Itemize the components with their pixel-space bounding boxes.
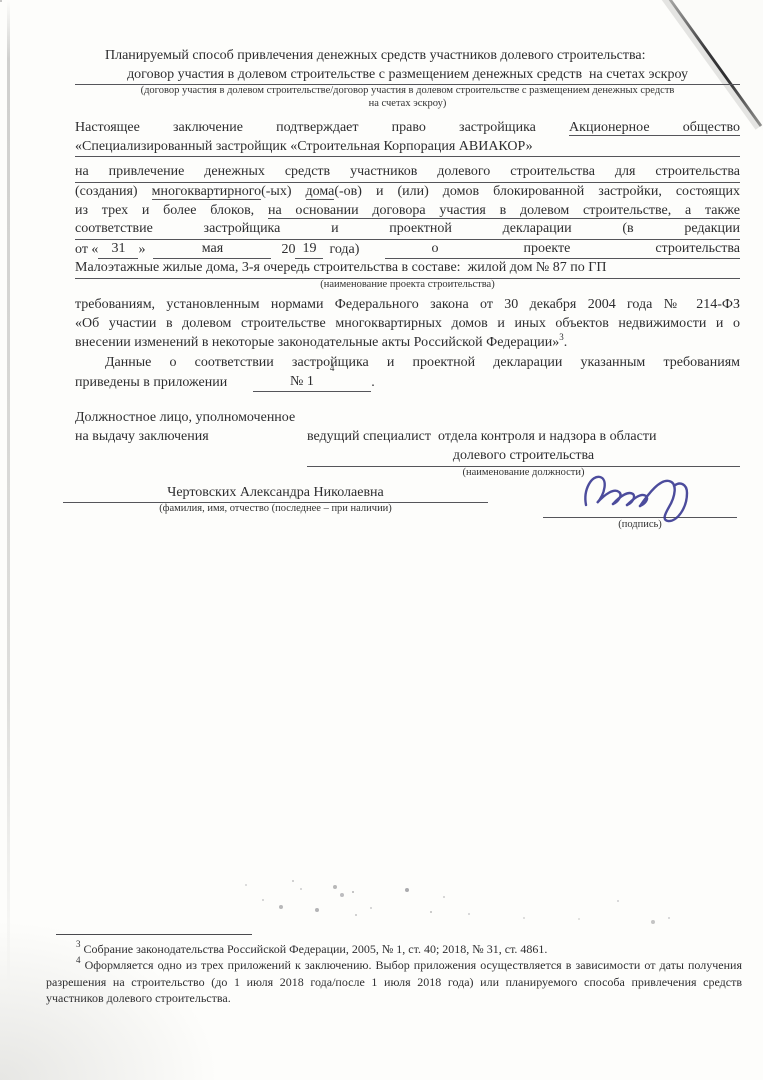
footnotes-block: 3 Собрание законодательства Российской Ф… xyxy=(46,934,742,1007)
footnote-3: 3 Собрание законодательства Российской Ф… xyxy=(46,941,742,957)
conclusion-line1: на привлечение денежных средств участник… xyxy=(75,163,740,183)
footnote-ref-4: 4 xyxy=(330,368,335,387)
scan-smudge-speckles xyxy=(0,0,2,2)
project-name: Малоэтажные жилые дома, 3-я очередь стро… xyxy=(75,259,740,279)
signature-zone: (подпись) xyxy=(543,494,737,534)
line3-pre: из трех и более блоков, xyxy=(75,203,254,218)
method-value: договор участия в долевом строительстве … xyxy=(75,66,740,86)
annex-number-field: № 14 xyxy=(253,373,371,393)
line2-tail: (-ов) и (или) домов блокированной застро… xyxy=(334,184,740,199)
developer-name-part1: Акционерное общество xyxy=(569,120,740,136)
date-month-field: мая xyxy=(153,240,271,260)
annex-line2-text: приведены в приложении xyxy=(75,374,227,393)
date-day-field: 31 xyxy=(98,240,138,260)
name-and-signature-zone: Чертовских Александра Николаевна (фамили… xyxy=(75,484,740,530)
footnote-4-text: Оформляется одно из трех приложений к за… xyxy=(46,958,742,1005)
official-line1: Должностное лицо, уполномоченное xyxy=(75,409,740,428)
about-word-3: строительства xyxy=(655,240,740,259)
method-caption-2: на счетах эскроу) xyxy=(75,98,740,111)
conclusion-intro: Настоящее заключение подтверждает право … xyxy=(75,120,536,135)
footnote-4: 4 Оформляется одно из трех приложений к … xyxy=(46,957,742,1006)
signing-block: Должностное лицо, уполномоченное на выда… xyxy=(75,409,740,529)
signature-caption: (подпись) xyxy=(543,519,737,532)
project-name-caption: (наименование проекта строительства) xyxy=(75,279,740,292)
conclusion-line4: соответствие застройщика и проектной дек… xyxy=(75,220,740,240)
conclusion-line3: из трех и более блоков, на основании дог… xyxy=(75,202,740,221)
official-name: Чертовских Александра Николаевна xyxy=(63,484,488,504)
date-prefix: от « xyxy=(75,241,98,260)
scanned-document-page: Планируемый способ привлечения денежных … xyxy=(0,0,763,1080)
annex-line1: Данные о соответствии застройщика и прое… xyxy=(75,354,740,373)
conclusion-intro-line: Настоящее заключение подтверждает право … xyxy=(75,119,740,138)
date-suffix: года) xyxy=(329,241,359,260)
line3-underlined: на основании договора участия в долевом … xyxy=(268,203,740,219)
declaration-date-row: от « 31 » мая 20 19 года) о проекте стро… xyxy=(75,240,740,260)
position-line1: ведущий специалист отдела контроля и над… xyxy=(307,428,740,447)
conclusion-line2: (создания) многоквартирного(-ых) дома(-о… xyxy=(75,183,740,202)
about-word-2: проекте xyxy=(523,240,570,259)
requirements-line3: внесении изменений в некоторые законодат… xyxy=(75,334,740,353)
developer-name-part2: «Специализированный застройщик «Строител… xyxy=(75,138,740,158)
line2-mid: (-ых) xyxy=(261,184,291,199)
date-quote-close: » xyxy=(138,241,145,260)
scan-edge-shadow xyxy=(7,0,10,1000)
requirements-line2: «Об участии в долевом строительстве мног… xyxy=(75,315,740,334)
about-project-zone: о проекте строительства xyxy=(385,240,740,260)
footnote-3-text: Собрание законодательства Российской Фед… xyxy=(81,942,548,956)
date-year-field: 19 xyxy=(295,240,323,260)
handwritten-signature xyxy=(579,461,703,523)
date-year-prefix: 20 xyxy=(281,241,295,260)
requirements-line3-text: внесении изменений в некоторые законодат… xyxy=(75,335,559,350)
line2-underlined-2: дома xyxy=(306,184,335,200)
name-caption: (фамилия, имя, отчество (последнее – при… xyxy=(63,503,488,516)
line2-pre: (создания) xyxy=(75,184,138,199)
line2-underlined-1: многоквартирного xyxy=(152,184,262,200)
requirements-line3-period: . xyxy=(564,335,568,350)
document-body: Планируемый способ привлечения денежных … xyxy=(75,47,740,530)
about-word-1: о xyxy=(431,240,438,259)
annex-line2-period: . xyxy=(371,374,375,393)
annex-line2: приведены в приложении № 14 . xyxy=(75,373,740,393)
method-caption-1: (договор участия в долевом строительстве… xyxy=(75,85,740,98)
official-line2: на выдачу заключения xyxy=(75,428,307,467)
annex-number: № 1 xyxy=(290,373,314,392)
footnote-separator xyxy=(56,934,252,935)
requirements-line1: требованиям, установленным нормами Федер… xyxy=(75,296,740,315)
method-label: Планируемый способ привлечения денежных … xyxy=(75,47,740,66)
